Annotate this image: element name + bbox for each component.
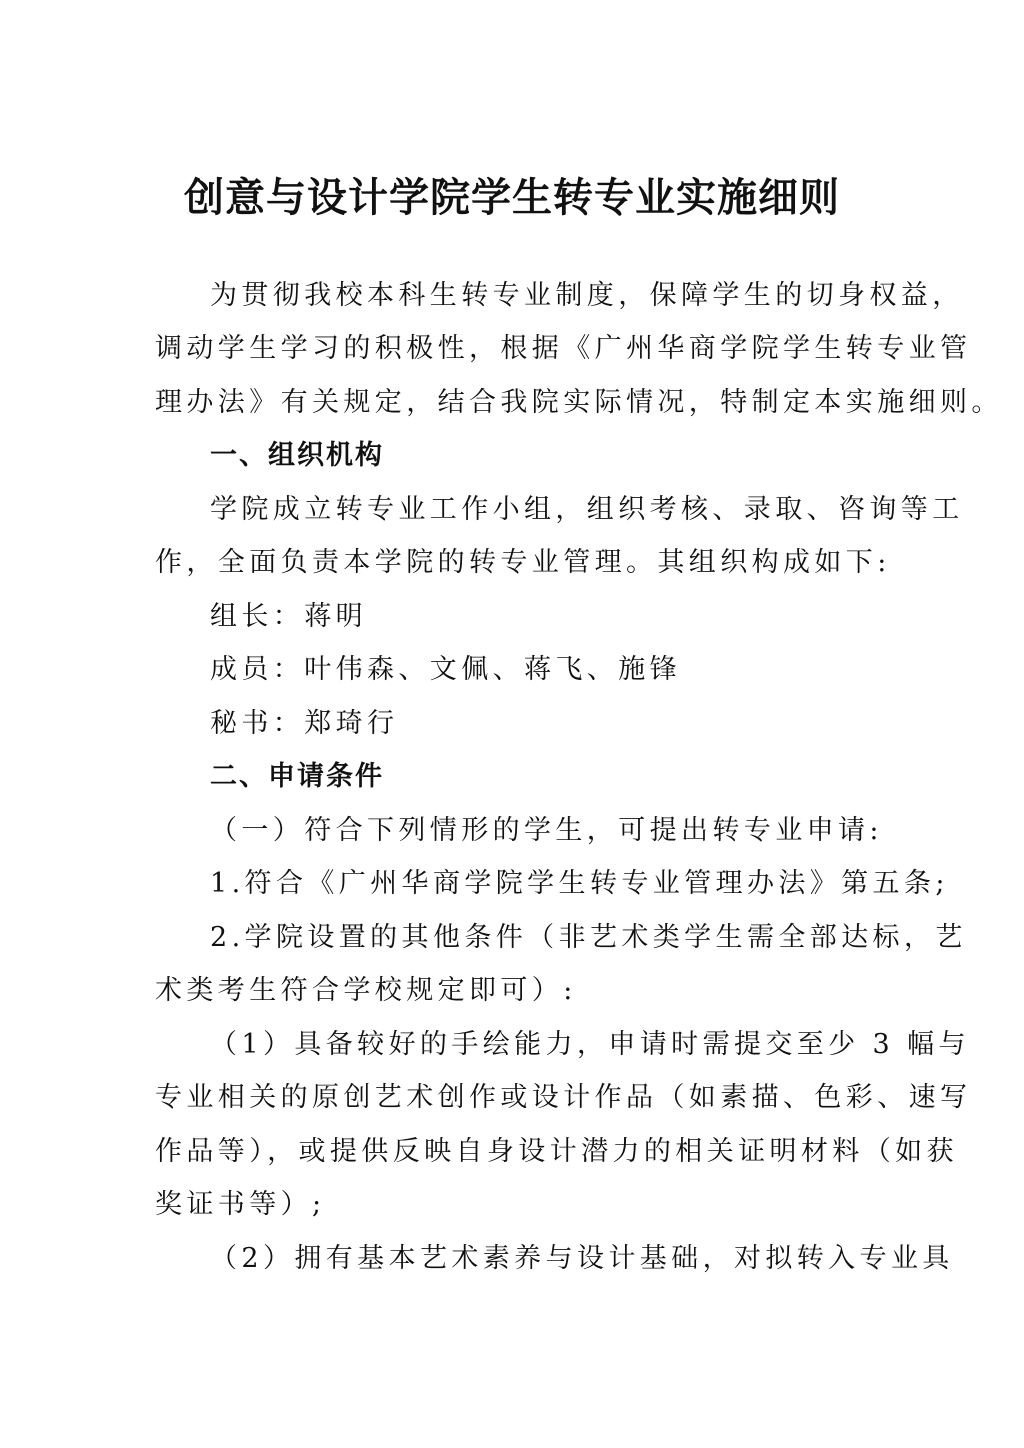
intro-line-3: 理办法》有关规定，结合我院实际情况，特制定本实施细则。 (155, 383, 869, 423)
section-heading-conditions: 二、申请条件 (210, 757, 870, 797)
sub-condition-1-line-1: （1）具备较好的手绘能力，申请时需提交至少 3 幅与 (210, 1025, 870, 1065)
group-leader: 组长：蒋明 (210, 597, 870, 637)
subsection-1: （一）符合下列情形的学生，可提出转专业申请: (210, 811, 870, 851)
sub-condition-1-line-4: 奖证书等）; (155, 1185, 869, 1225)
sub-condition-1-line-3: 作品等），或提供反映自身设计潜力的相关证明材料（如获 (155, 1132, 869, 1172)
section-heading-organization: 一、组织机构 (210, 436, 870, 476)
group-members: 成员：叶伟森、文佩、蒋飞、施锋 (210, 650, 870, 690)
group-secretary: 秘书：郑琦行 (210, 704, 870, 744)
condition-item-1: 1.符合《广州华商学院学生转专业管理办法》第五条; (210, 864, 870, 904)
intro-line-1: 为贯彻我校本科生转专业制度，保障学生的切身权益， (210, 276, 870, 316)
section1-body-line-2: 作，全面负责本学院的转专业管理。其组织构成如下: (155, 543, 869, 583)
condition-item-2-line-2: 术类考生符合学校规定即可）: (155, 971, 869, 1011)
sub-condition-2-line-1: （2）拥有基本艺术素养与设计基础，对拟转入专业具 (210, 1239, 870, 1279)
intro-line-2: 调动学生学习的积极性，根据《广州华商学院学生转专业管 (155, 329, 869, 369)
document-title: 创意与设计学院学生转专业实施细则 (0, 170, 1024, 226)
section1-body-line-1: 学院成立转专业工作小组，组织考核、录取、咨询等工 (210, 490, 870, 530)
sub-condition-1-line-2: 专业相关的原创艺术创作或设计作品（如素描、色彩、速写 (155, 1078, 869, 1118)
document-page: 创意与设计学院学生转专业实施细则 为贯彻我校本科生转专业制度，保障学生的切身权益… (0, 0, 1024, 1448)
condition-item-2-line-1: 2.学院设置的其他条件（非艺术类学生需全部达标，艺 (210, 918, 870, 958)
